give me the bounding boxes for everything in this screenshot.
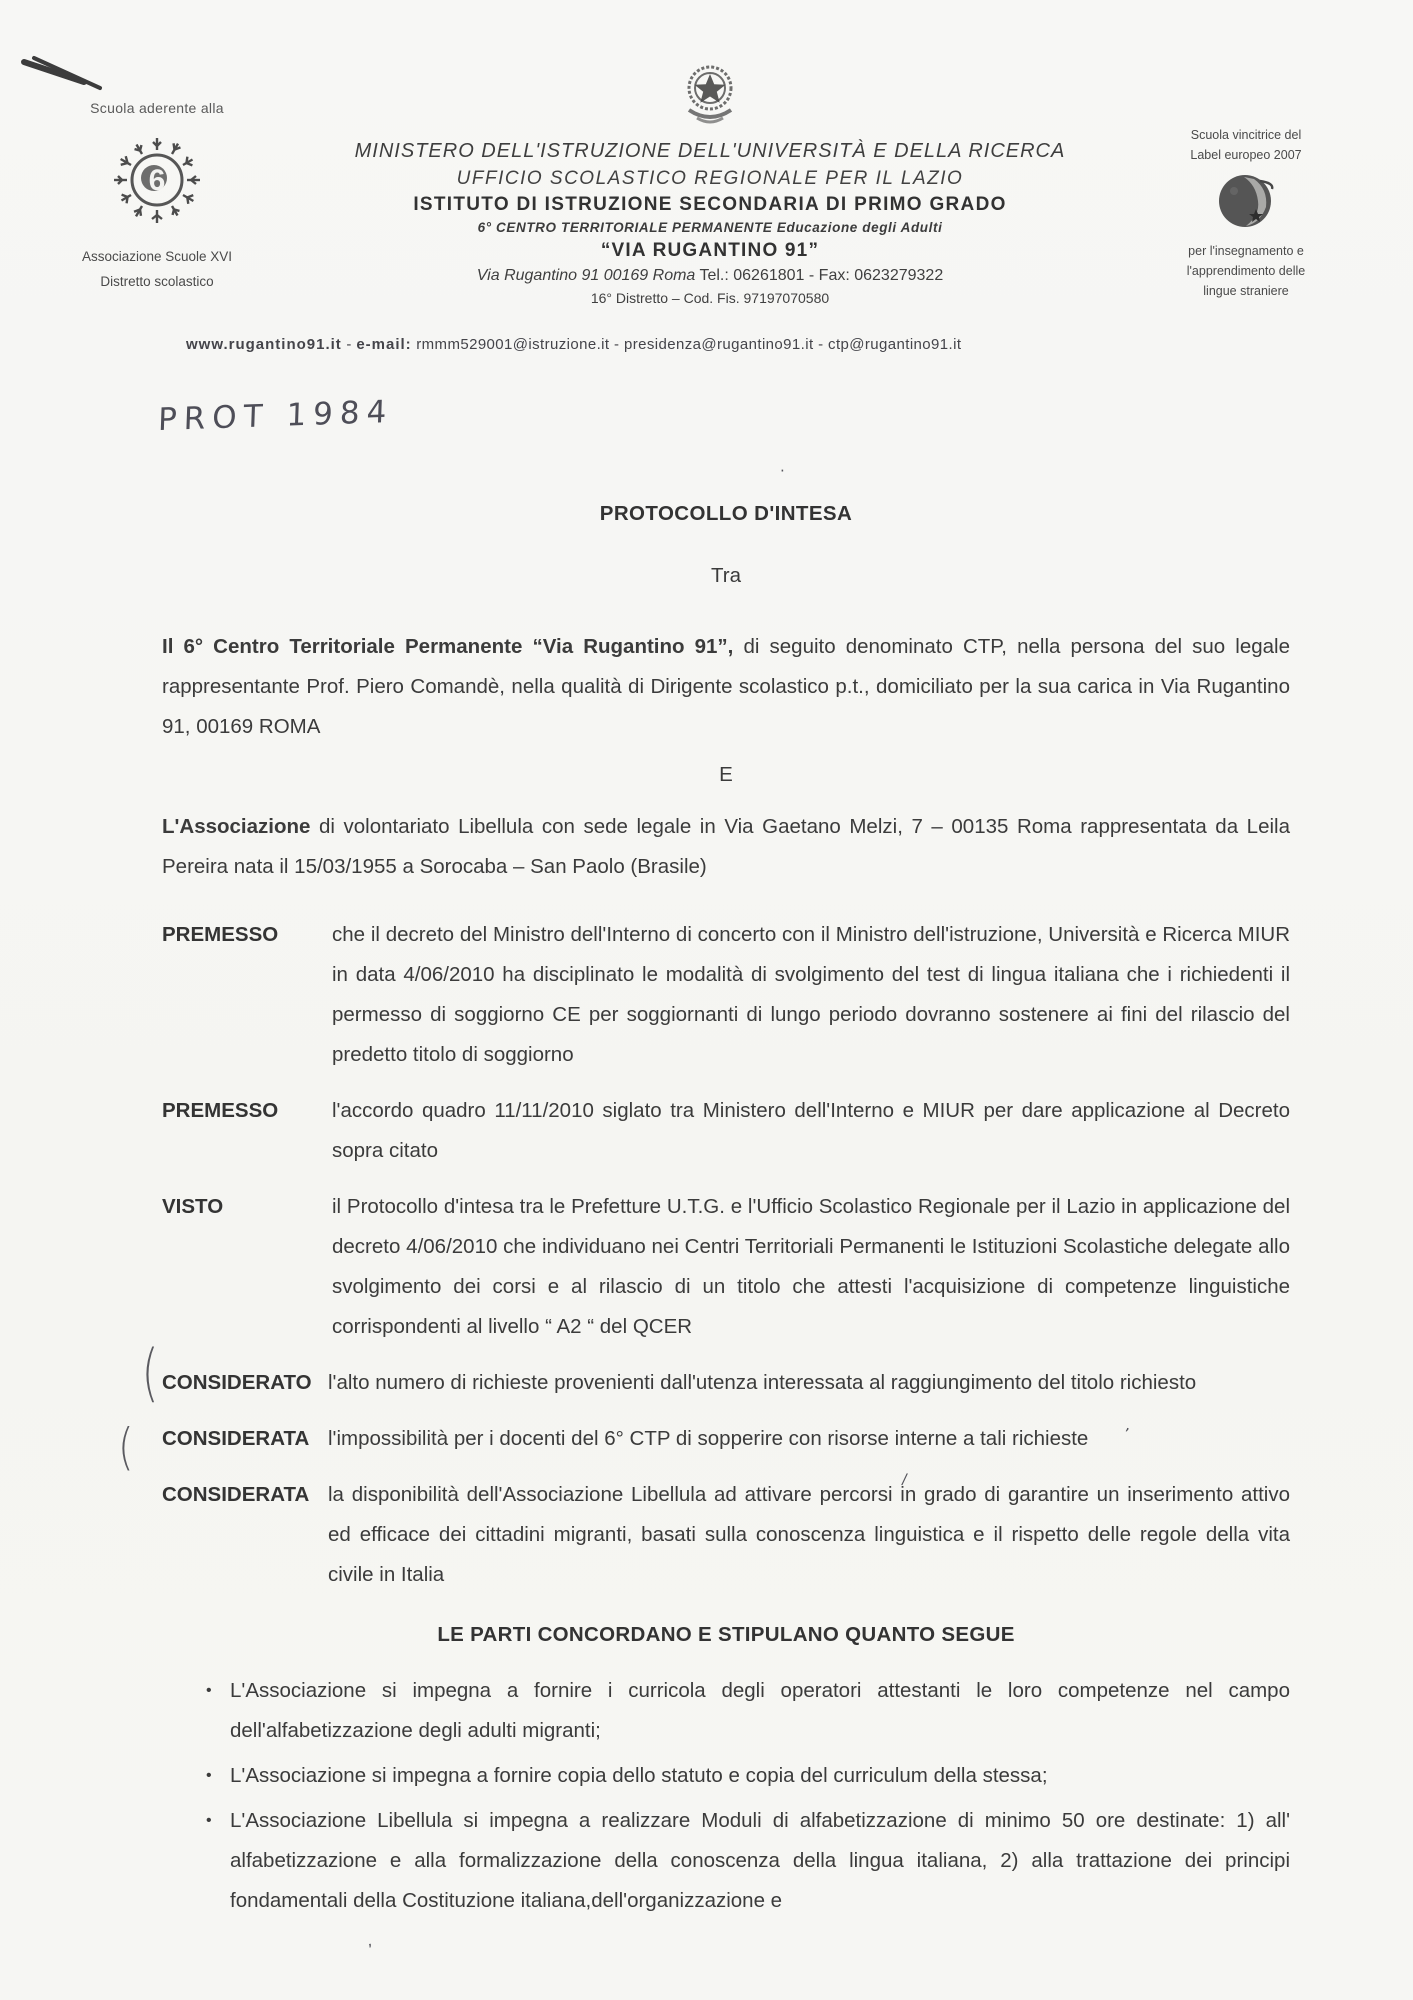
- clause-text: il Protocollo d'intesa tra le Prefetture…: [332, 1195, 1290, 1338]
- sun-children-logo-icon: 6: [107, 128, 207, 234]
- badge-number: 6: [149, 164, 166, 197]
- clause-text: l'impossibilità per i docenti del 6° CTP…: [328, 1427, 1088, 1450]
- party1-paragraph: Il 6° Centro Territoriale Permanente “Vi…: [162, 627, 1290, 747]
- handwritten-brace-mark: (: [142, 1336, 159, 1409]
- list-item-text: L'Associazione Libellula si impegna a re…: [230, 1809, 1290, 1912]
- list-item-text: L'Associazione si impegna a fornire copi…: [230, 1764, 1048, 1787]
- clause-premesso-1: PREMESSO che il decreto del Ministro del…: [162, 915, 1290, 1075]
- pen-tick-mark: ·: [780, 462, 785, 480]
- list-item: • L'Associazione si impegna a fornire i …: [162, 1671, 1290, 1751]
- handwritten-protocol-number: PROT 1984: [157, 394, 393, 438]
- clause-label: PREMESSO: [162, 915, 278, 955]
- list-item-text: L'Associazione si impegna a fornire i cu…: [230, 1679, 1290, 1742]
- award-line5: lingue straniere: [1162, 281, 1330, 301]
- ctp-line: 6° CENTRO TERRITORIALE PERMANENTE Educaz…: [235, 218, 1185, 238]
- european-label-globe-icon: [1216, 173, 1276, 231]
- award-line2: Label europeo 2007: [1162, 145, 1330, 165]
- party2-paragraph: L'Associazione di volontariato Libellula…: [162, 807, 1290, 887]
- ministry-line2: UFFICIO SCOLASTICO REGIONALE PER IL LAZI…: [235, 165, 1185, 192]
- address-tel-fax: Tel.: 06261801 - Fax: 0623279322: [695, 267, 943, 284]
- clause-text: che il decreto del Ministro dell'Interno…: [332, 923, 1290, 1066]
- bullet-icon: •: [206, 1756, 212, 1796]
- institute-line: ISTITUTO DI ISTRUZIONE SECONDARIA DI PRI…: [235, 192, 1185, 218]
- clause-visto: VISTO il Protocollo d'intesa tra le Pref…: [162, 1187, 1290, 1347]
- italian-republic-emblem-icon: [677, 58, 743, 132]
- school-name: “VIA RUGANTINO 91”: [235, 238, 1185, 264]
- contact-line: www.rugantino91.it - e-mail: rmmm529001@…: [186, 336, 961, 353]
- clause-text: l'alto numero di richieste provenienti d…: [328, 1371, 1196, 1394]
- clause-label: CONSIDERATA: [162, 1475, 309, 1515]
- clause-label: VISTO: [162, 1187, 223, 1227]
- between-word: Tra: [162, 556, 1290, 596]
- ministry-line1: MINISTERO DELL'ISTRUZIONE DELL'UNIVERSIT…: [235, 138, 1185, 165]
- clause-considerata-2: CONSIDERATA la disponibilità dell'Associ…: [162, 1475, 1290, 1595]
- award-line3: per l'insegnamento e: [1162, 241, 1330, 261]
- clause-text: la disponibilità dell'Associazione Libel…: [328, 1483, 1290, 1586]
- list-item: • L'Associazione Libellula si impegna a …: [162, 1801, 1290, 1921]
- pen-stroke-mark: [10, 48, 120, 108]
- agreement-heading: LE PARTI CONCORDANO E STIPULANO QUANTO S…: [162, 1615, 1290, 1655]
- email-addresses: rmmm529001@istruzione.it - presidenza@ru…: [412, 336, 962, 353]
- award-line1: Scuola vincitrice del: [1162, 125, 1330, 145]
- ministry-header: MINISTERO DELL'ISTRUZIONE DELL'UNIVERSIT…: [235, 58, 1185, 308]
- email-label: e-mail:: [356, 336, 411, 353]
- party1-name: Il 6° Centro Territoriale Permanente “Vi…: [162, 635, 733, 658]
- address-street: Via Rugantino 91 00169 Roma: [477, 267, 696, 284]
- party2-description: di volontariato Libellula con sede legal…: [162, 815, 1290, 878]
- district-line: 16° Distretto – Cod. Fis. 97197070580: [235, 288, 1185, 308]
- document-body: PROTOCOLLO D'INTESA Tra Il 6° Centro Ter…: [162, 494, 1290, 1921]
- handwritten-brace-mark: (: [118, 1428, 134, 1466]
- website-url: www.rugantino91.it: [186, 336, 342, 353]
- address-line: Via Rugantino 91 00169 Roma Tel.: 062618…: [235, 264, 1185, 288]
- document-title: PROTOCOLLO D'INTESA: [162, 494, 1290, 534]
- clause-label: PREMESSO: [162, 1091, 278, 1131]
- bullet-icon: •: [206, 1671, 212, 1711]
- and-word: E: [162, 755, 1290, 795]
- clause-label: CONSIDERATO: [162, 1363, 312, 1403]
- contact-separator: -: [342, 336, 357, 353]
- clause-label: CONSIDERATA: [162, 1419, 309, 1459]
- clause-considerata-1: CONSIDERATA l'impossibilità per i docent…: [162, 1419, 1290, 1459]
- bullet-icon: •: [206, 1801, 212, 1841]
- scanned-document-page: Scuola aderente alla: [0, 0, 1413, 2000]
- clause-considerato: CONSIDERATO l'alto numero di richieste p…: [162, 1363, 1290, 1403]
- agreement-list: • L'Associazione si impegna a fornire i …: [162, 1671, 1290, 1921]
- pen-tick-mark: ‚: [363, 1932, 374, 1951]
- party2-name: L'Associazione: [162, 815, 310, 838]
- award-line4: l'apprendimento delle: [1162, 261, 1330, 281]
- list-item: • L'Associazione si impegna a fornire co…: [162, 1756, 1290, 1796]
- right-award-badge: Scuola vincitrice del Label europeo 2007…: [1162, 125, 1330, 301]
- clause-text: l'accordo quadro 11/11/2010 siglato tra …: [332, 1099, 1290, 1162]
- clause-premesso-2: PREMESSO l'accordo quadro 11/11/2010 sig…: [162, 1091, 1290, 1171]
